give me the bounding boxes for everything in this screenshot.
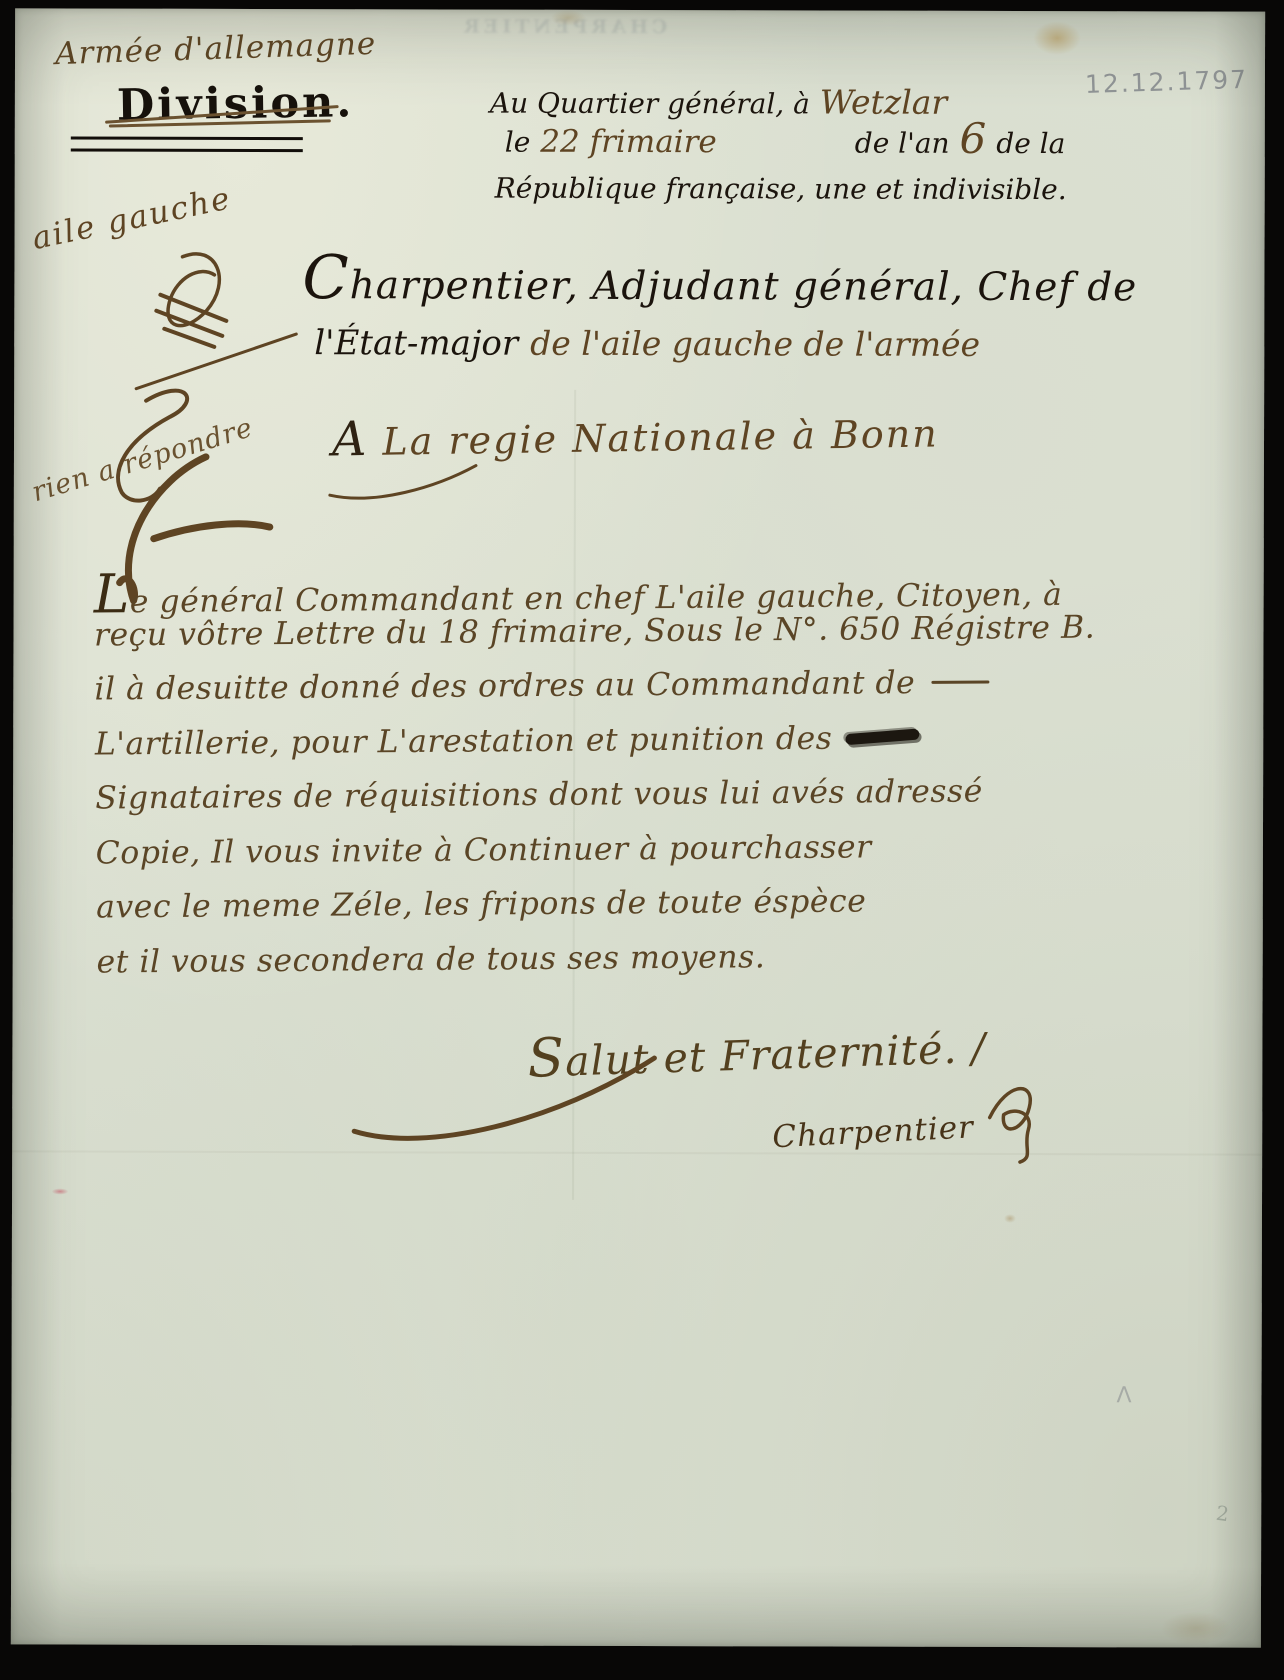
signature-paraph-flourish — [979, 1067, 1079, 1167]
body-line: Le général Commandant en chef L'aile gau… — [93, 554, 1223, 617]
body-line: avec le meme Zéle, les fripons de toute … — [96, 881, 1226, 944]
scan-background: { "colors": { "paper": "#dce1d3", "black… — [0, 0, 1284, 1680]
body-line: et il vous secondera de tous ses moyens. — [96, 935, 1226, 998]
pencil-date: 12.12.1797 — [1085, 65, 1249, 99]
signature-block: Charpentier — [770, 1081, 1078, 1177]
letter-body: Le général Commandant en chef L'aile gau… — [93, 554, 1226, 999]
double-rule — [71, 137, 303, 153]
body-line: reçu vôtre Lettre du 18 frimaire, Sous l… — [94, 608, 1224, 671]
body-line-text: il à desuitte donné des ordres au Comman… — [94, 665, 915, 707]
ink-dash — [931, 680, 989, 683]
republic-motto: République française, une et indivisible… — [495, 172, 1067, 206]
year-written-text: 6 — [960, 129, 987, 149]
paper-stain — [1004, 1214, 1016, 1223]
paper-stain — [1161, 1611, 1231, 1645]
title-printed-text: l'État-major — [314, 323, 518, 364]
date-printed-text: le — [505, 126, 531, 159]
title-written-text: de l'aile gauche de l'armée — [530, 324, 980, 364]
sender-title-line1: Charpentier, Adjudant général, Chef de — [302, 243, 1137, 315]
place-printed-text: Au Quartier général, à — [490, 87, 810, 121]
date-written-text: 22 frimaire — [540, 124, 717, 160]
body-line: Signataires de réquisitions dont vous lu… — [95, 772, 1225, 835]
corner-pencil-mark: 2 — [1215, 1501, 1231, 1527]
body-line: il à desuitte donné des ordres au Comman… — [94, 663, 1224, 726]
paper-stain — [52, 1188, 68, 1194]
letter-page: CHARPENTIER Armée d'allemagne Division. … — [11, 8, 1265, 1647]
signature-name: Charpentier — [772, 1109, 975, 1155]
year-printed-after-text: de la — [996, 127, 1065, 160]
place-written-text: Wetzlar — [820, 82, 948, 121]
army-name: Armée d'allemagne — [55, 26, 377, 72]
ink-blot-redaction — [846, 728, 921, 745]
pencil-caret-mark: Λ — [1116, 1383, 1131, 1408]
dateline-date: le 22 frimaire de l'an 6 de la — [505, 124, 1066, 161]
verso-ghost-text: CHARPENTIER — [460, 16, 667, 39]
body-line: L'artillerie, pour L'arestation et punit… — [95, 717, 1225, 780]
body-line: Copie, Il vous invite à Continuer à pour… — [96, 826, 1226, 889]
dateline-place: Au Quartier général, à Wetzlar — [490, 82, 947, 122]
sender-title-line2: l'État-major de l'aile gauche de l'armée — [314, 323, 980, 365]
paper-stain — [1033, 21, 1081, 55]
recipient-underline-flourish — [324, 457, 494, 507]
body-line-text: L'artillerie, pour L'arestation et punit… — [95, 720, 833, 762]
year-printed-before-text: de l'an — [855, 127, 950, 160]
